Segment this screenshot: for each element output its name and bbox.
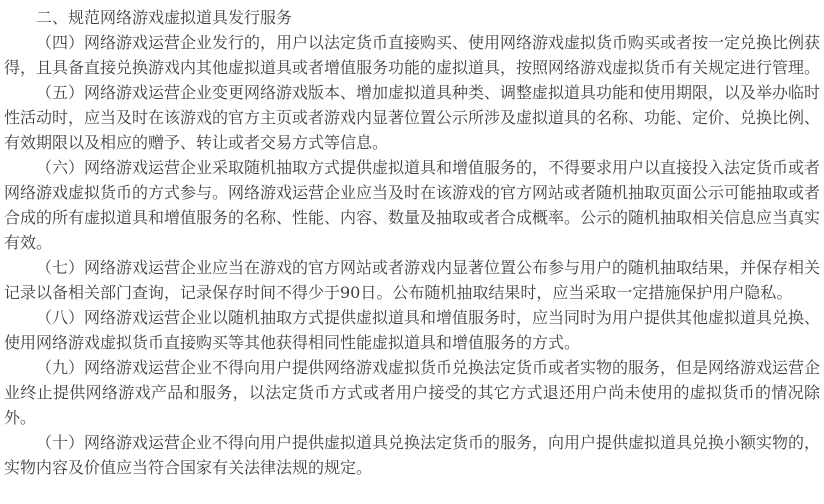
- paragraph-item-5: （五）网络游戏运营企业变更网络游戏版本、增加虚拟道具种类、调整虚拟道具功能和使用…: [4, 80, 820, 155]
- paragraph-item-10: （十）网络游戏运营企业不得向用户提供虚拟道具兑换法定货币的服务，向用户提供虚拟道…: [4, 430, 820, 480]
- paragraph-item-9: （九）网络游戏运营企业不得向用户提供网络游戏虚拟货币兑换法定货币或者实物的服务，…: [4, 355, 820, 430]
- section-heading: 二、规范网络游戏虚拟道具发行服务: [4, 5, 820, 30]
- paragraph-item-8: （八）网络游戏运营企业以随机抽取方式提供虚拟道具和增值服务时，应当同时为用户提供…: [4, 305, 820, 355]
- paragraph-item-7: （七）网络游戏运营企业应当在游戏的官方网站或者游戏内显著位置公布参与用户的随机抽…: [4, 255, 820, 305]
- paragraph-item-6: （六）网络游戏运营企业采取随机抽取方式提供虚拟道具和增值服务的，不得要求用户以直…: [4, 155, 820, 255]
- paragraph-item-4: （四）网络游戏运营企业发行的，用户以法定货币直接购买、使用网络游戏虚拟货币购买或…: [4, 30, 820, 80]
- document-page: 二、规范网络游戏虚拟道具发行服务 （四）网络游戏运营企业发行的，用户以法定货币直…: [0, 0, 824, 480]
